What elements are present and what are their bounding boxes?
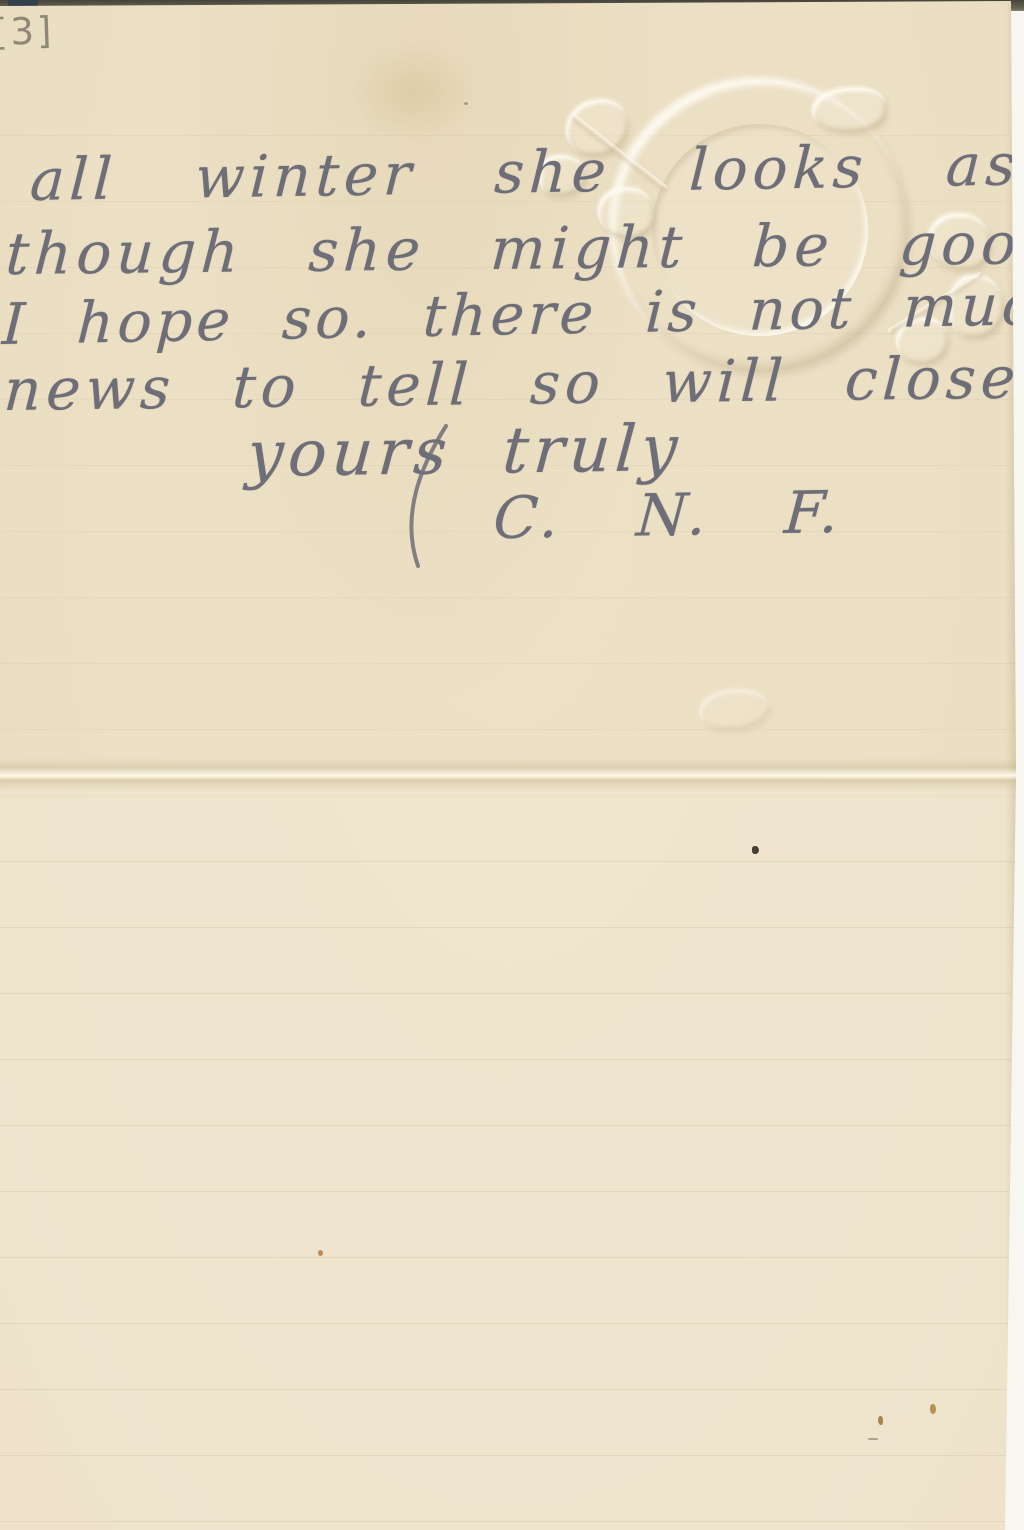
paper-speck [930,1404,936,1414]
signature-initials: C. N. F. [491,478,844,552]
letter-line-4: news to tell so will close [2,344,1022,424]
scanned-letter-page: [3] all winter she looks as though she m… [0,0,1024,1530]
page-number: [3] [0,9,55,54]
paper-speck [868,1438,878,1440]
paper-speck [878,1416,883,1425]
ruled-lines-lower [0,796,1018,1530]
letter-paper: [3] all winter she looks as though she m… [0,0,1024,1530]
closing-line: yours truly [245,412,685,492]
paper-speck [318,1250,323,1256]
seal-flower-petal [812,88,886,132]
pen-flourish-stroke [392,422,462,572]
ink-spot [752,846,759,854]
paper-stain [348,44,478,140]
fold-crease [0,758,1024,792]
paper-speck [464,102,468,105]
